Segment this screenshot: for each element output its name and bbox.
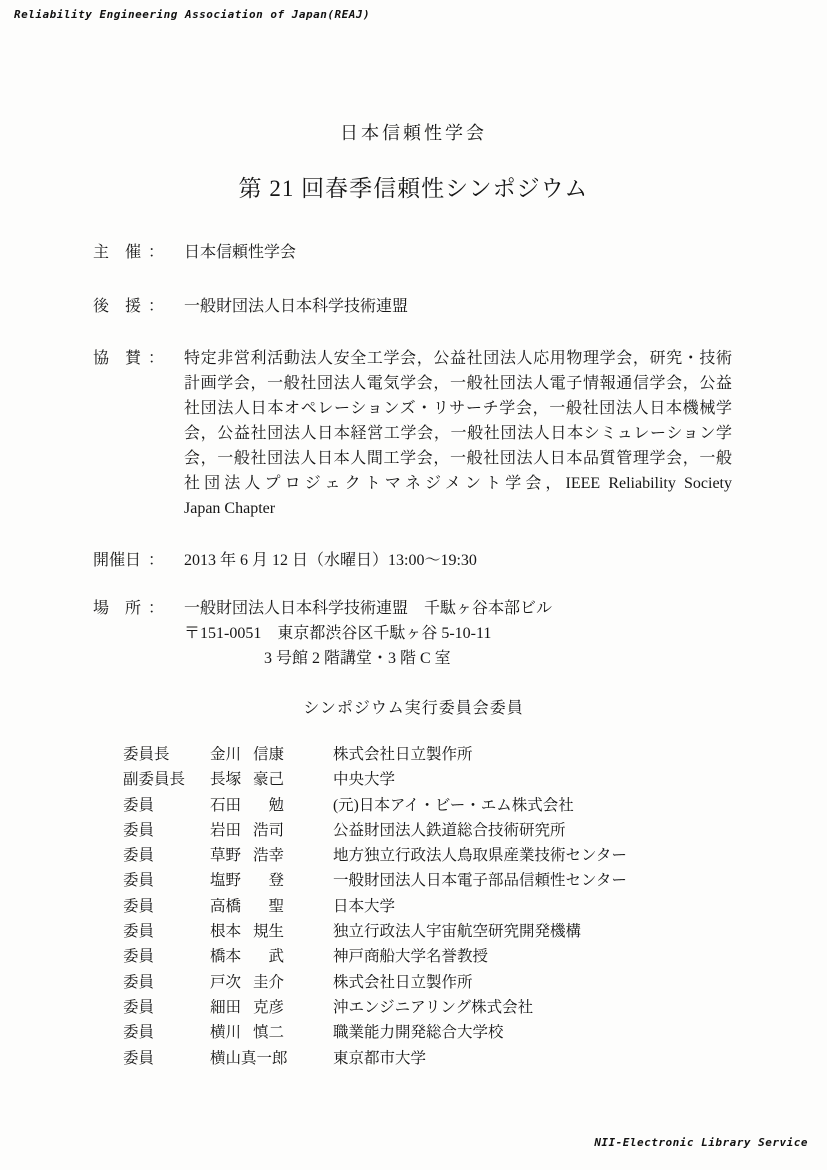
member-role: 委員 bbox=[123, 1049, 210, 1068]
member-family-name: 細田 bbox=[210, 998, 241, 1017]
sponsors-row: 協 賛 ： 特定非営利活動法人安全工学会，公益社団法人応用物理学会，研究・技術 … bbox=[93, 346, 732, 521]
sponsor-line: 会，公益社団法人日本経営工学会，一般社団法人日本シミュレーション学 bbox=[184, 421, 732, 446]
organizer-label-char: 催 bbox=[125, 240, 141, 265]
table-row: 委員 石田勉 (元)日本アイ・ビー・エム株式会社 bbox=[123, 796, 627, 821]
table-row: 副委員長 長塚豪己 中央大学 bbox=[123, 770, 627, 795]
member-affiliation: 中央大学 bbox=[333, 770, 395, 789]
date-row: 開催日 ： 2013 年 6 月 12 日（水曜日）13:00～19:30 bbox=[93, 548, 477, 573]
member-name: 橋本武 bbox=[210, 947, 284, 966]
member-role: 委員 bbox=[123, 897, 210, 916]
venue-name-line: 一般財団法人日本科学技術連盟 千駄ヶ谷本部ビル bbox=[184, 596, 552, 621]
member-family-name: 岩田 bbox=[210, 821, 241, 840]
organizer-row: 主 催 ： 日本信頼性学会 bbox=[93, 240, 296, 265]
support-label-char: 援 bbox=[125, 294, 141, 319]
member-given-name: 圭介 bbox=[253, 973, 284, 992]
member-given-name: 克彦 bbox=[253, 998, 284, 1017]
member-family-name: 金川 bbox=[210, 745, 241, 764]
table-row: 委員 草野浩幸 地方独立行政法人鳥取県産業技術センター bbox=[123, 846, 627, 871]
member-affiliation: 一般財団法人日本電子部品信頼性センター bbox=[333, 871, 627, 890]
support-label: 後 援 bbox=[93, 294, 141, 319]
date-label: 開催日 bbox=[93, 548, 141, 573]
member-given-name: 聖 bbox=[268, 897, 284, 916]
member-given-name: 慎二 bbox=[253, 1023, 284, 1042]
member-name: 根本規生 bbox=[210, 922, 284, 941]
symposium-title: 第 21 回春季信頼性シンポジウム bbox=[0, 170, 827, 203]
venue-address-line: 〒151-0051 東京都渋谷区千駄ヶ谷 5-10-11 bbox=[184, 621, 552, 646]
committee-table: 委員長 金川信康 株式会社日立製作所 副委員長 長塚豪己 中央大学 委員 石田勉… bbox=[123, 745, 627, 1074]
member-affiliation: 神戸商船大学名誉教授 bbox=[333, 947, 488, 966]
member-affiliation: (元)日本アイ・ビー・エム株式会社 bbox=[333, 796, 574, 815]
member-affiliation: 地方独立行政法人鳥取県産業技術センター bbox=[333, 846, 627, 865]
member-name: 塩野登 bbox=[210, 871, 284, 890]
organizer-label: 主 催 bbox=[93, 240, 141, 265]
table-row: 委員 橋本武 神戸商船大学名誉教授 bbox=[123, 947, 627, 972]
member-given-name: 勉 bbox=[268, 796, 284, 815]
date-label-text: 開催日 bbox=[93, 548, 141, 573]
member-family-name: 草野 bbox=[210, 846, 241, 865]
sponsors-label: 協 賛 bbox=[93, 346, 141, 371]
table-row: 委員 細田克彦 沖エンジニアリング株式会社 bbox=[123, 998, 627, 1023]
table-row: 委員 岩田浩司 公益財団法人鉄道総合技術研究所 bbox=[123, 821, 627, 846]
support-value: 一般財団法人日本科学技術連盟 bbox=[184, 294, 408, 319]
member-given-name: 豪己 bbox=[253, 770, 284, 789]
member-affiliation: 職業能力開発総合大学校 bbox=[333, 1023, 504, 1042]
member-name: 高橋聖 bbox=[210, 897, 284, 916]
member-given-name: 浩司 bbox=[253, 821, 284, 840]
label-colon: ： bbox=[148, 294, 164, 319]
member-role: 副委員長 bbox=[123, 770, 210, 789]
member-role: 委員 bbox=[123, 821, 210, 840]
member-family-name: 橋本 bbox=[210, 947, 241, 966]
member-role: 委員 bbox=[123, 1023, 210, 1042]
member-name: 草野浩幸 bbox=[210, 846, 284, 865]
member-affiliation: 日本大学 bbox=[333, 897, 395, 916]
member-name: 金川信康 bbox=[210, 745, 284, 764]
member-affiliation: 東京都市大学 bbox=[333, 1049, 426, 1068]
sponsors-label-char: 協 bbox=[93, 346, 109, 371]
member-name: 戸次圭介 bbox=[210, 973, 284, 992]
table-row: 委員長 金川信康 株式会社日立製作所 bbox=[123, 745, 627, 770]
member-family-name: 高橋 bbox=[210, 897, 241, 916]
society-title: 日本信頼性学会 bbox=[0, 119, 827, 145]
member-family-name: 根本 bbox=[210, 922, 241, 941]
member-role: 委員 bbox=[123, 998, 210, 1017]
sponsor-line: 社団法人プロジェクトマネジメント学会，IEEE Reliability Soci… bbox=[184, 471, 732, 496]
member-role: 委員長 bbox=[123, 745, 210, 764]
label-colon: ： bbox=[148, 240, 164, 265]
member-role: 委員 bbox=[123, 922, 210, 941]
label-colon: ： bbox=[148, 548, 164, 573]
member-role: 委員 bbox=[123, 871, 210, 890]
committee-section-title: シンポジウム実行委員会委員 bbox=[0, 695, 827, 718]
member-name: 横川慎二 bbox=[210, 1023, 284, 1042]
sponsors-label-char: 賛 bbox=[125, 346, 141, 371]
table-row: 委員 戸次圭介 株式会社日立製作所 bbox=[123, 973, 627, 998]
member-role: 委員 bbox=[123, 846, 210, 865]
member-given-name: 信康 bbox=[253, 745, 284, 764]
venue-label-char: 所 bbox=[125, 596, 141, 621]
member-role: 委員 bbox=[123, 796, 210, 815]
date-value: 2013 年 6 月 12 日（水曜日）13:00～19:30 bbox=[184, 548, 477, 573]
organizer-label-char: 主 bbox=[93, 240, 109, 265]
member-family-name: 戸次 bbox=[210, 973, 241, 992]
table-row: 委員 横山真一郎 東京都市大学 bbox=[123, 1049, 627, 1074]
member-family-name: 長塚 bbox=[210, 770, 241, 789]
sponsor-line: 社団法人日本オペレーションズ・リサーチ学会，一般社団法人日本機械学 bbox=[184, 396, 732, 421]
venue-value: 一般財団法人日本科学技術連盟 千駄ヶ谷本部ビル 〒151-0051 東京都渋谷区… bbox=[184, 596, 552, 671]
scan-footer-credit: NII-Electronic Library Service bbox=[594, 1136, 808, 1149]
member-given-name: 浩幸 bbox=[253, 846, 284, 865]
member-given-name: 規生 bbox=[253, 922, 284, 941]
sponsor-line: Japan Chapter bbox=[184, 496, 732, 521]
table-row: 委員 高橋聖 日本大学 bbox=[123, 897, 627, 922]
member-given-name: 武 bbox=[268, 947, 284, 966]
venue-label: 場 所 bbox=[93, 596, 141, 621]
table-row: 委員 根本規生 独立行政法人宇宙航空研究開発機構 bbox=[123, 922, 627, 947]
member-name: 横山真一郎 bbox=[210, 1049, 284, 1068]
member-name: 細田克彦 bbox=[210, 998, 284, 1017]
member-family-name: 塩野 bbox=[210, 871, 241, 890]
member-given-name: 登 bbox=[268, 871, 284, 890]
member-role: 委員 bbox=[123, 947, 210, 966]
member-affiliation: 株式会社日立製作所 bbox=[333, 745, 473, 764]
member-affiliation: 独立行政法人宇宙航空研究開発機構 bbox=[333, 922, 581, 941]
member-affiliation: 沖エンジニアリング株式会社 bbox=[333, 998, 533, 1017]
sponsor-line: 特定非営利活動法人安全工学会，公益社団法人応用物理学会，研究・技術 bbox=[184, 346, 732, 371]
document-page: Reliability Engineering Association of J… bbox=[0, 0, 827, 1170]
organizer-value: 日本信頼性学会 bbox=[184, 240, 296, 265]
venue-row: 場 所 ： 一般財団法人日本科学技術連盟 千駄ヶ谷本部ビル 〒151-0051 … bbox=[93, 596, 552, 671]
table-row: 委員 塩野登 一般財団法人日本電子部品信頼性センター bbox=[123, 871, 627, 896]
member-role: 委員 bbox=[123, 973, 210, 992]
label-colon: ： bbox=[148, 596, 164, 621]
venue-label-char: 場 bbox=[93, 596, 109, 621]
sponsor-line: 会，一般社団法人日本人間工学会，一般社団法人日本品質管理学会，一般 bbox=[184, 446, 732, 471]
member-affiliation: 公益財団法人鉄道総合技術研究所 bbox=[333, 821, 566, 840]
scan-header-credit: Reliability Engineering Association of J… bbox=[14, 8, 370, 21]
table-row: 委員 横川慎二 職業能力開発総合大学校 bbox=[123, 1023, 627, 1048]
sponsor-line: 計画学会，一般社団法人電気学会，一般社団法人電子情報通信学会，公益 bbox=[184, 371, 732, 396]
member-affiliation: 株式会社日立製作所 bbox=[333, 973, 473, 992]
support-label-char: 後 bbox=[93, 294, 109, 319]
member-name: 長塚豪己 bbox=[210, 770, 284, 789]
member-family-name: 横川 bbox=[210, 1023, 241, 1042]
sponsors-value: 特定非営利活動法人安全工学会，公益社団法人応用物理学会，研究・技術 計画学会，一… bbox=[184, 346, 732, 521]
member-name: 岩田浩司 bbox=[210, 821, 284, 840]
member-family-name: 横山真一郎 bbox=[210, 1049, 288, 1068]
member-family-name: 石田 bbox=[210, 796, 241, 815]
member-name: 石田勉 bbox=[210, 796, 284, 815]
venue-room-line: 3 号館 2 階講堂・3 階 C 室 bbox=[184, 646, 552, 671]
label-colon: ： bbox=[148, 346, 164, 371]
support-row: 後 援 ： 一般財団法人日本科学技術連盟 bbox=[93, 294, 408, 319]
